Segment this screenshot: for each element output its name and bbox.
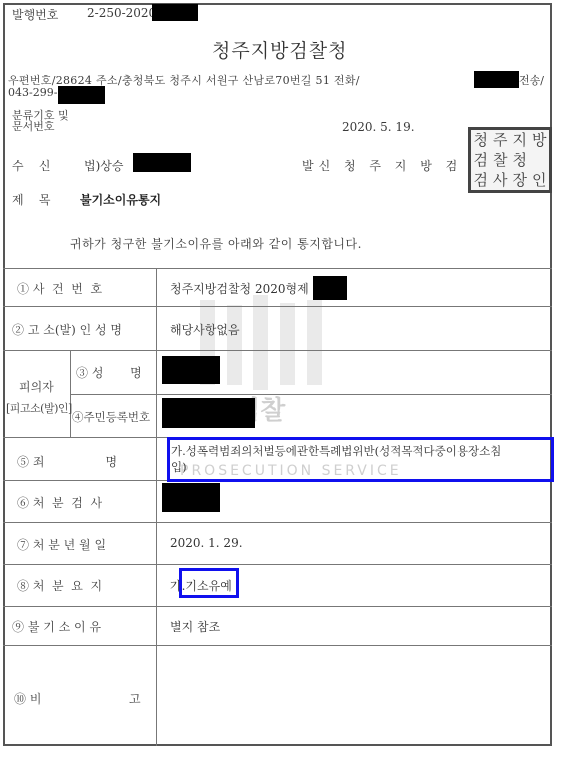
label-nonprosecution-reason: ⑨ 불 기 소 이 유 (12, 618, 101, 635)
row-divider (3, 564, 552, 565)
agency-title: 청주지방검찰청 (212, 36, 347, 63)
sender: 발신 청 주 지 방 검 찰 (302, 157, 488, 174)
issue-number-label: 발행번호 (12, 6, 58, 23)
redaction-resident-number (162, 398, 255, 428)
seal-char (530, 150, 550, 170)
label-disposition-summary: ⑧ 처 분 요 지 (17, 577, 102, 594)
document-date: 2020. 5. 19. (342, 120, 415, 134)
label-suspect-group-sub: [피고소(발)인] (6, 400, 72, 416)
subject-label: 제 목 (12, 191, 50, 208)
official-seal: 청 주 지 방 검 찰 청 검 사 장 인 (468, 127, 552, 193)
recipient-label: 수 신 (12, 157, 50, 174)
label-resident-number: ④주민등록번호 (72, 409, 150, 425)
row-divider (70, 394, 552, 395)
row-divider (3, 645, 552, 646)
redaction-case-number (313, 276, 347, 300)
redaction-fax (58, 86, 105, 104)
classification-label: 분류기호 및 문서번호 (12, 110, 69, 132)
seal-char: 검 (471, 170, 491, 190)
table-top-border (3, 268, 552, 269)
seal-char: 지 (510, 130, 530, 150)
classification-label-line2: 문서번호 (12, 120, 55, 133)
value-complainant-name: 해당사항없음 (170, 321, 240, 338)
redaction-recipient (133, 153, 191, 172)
row-divider (3, 522, 552, 523)
intro-text: 귀하가 청구한 불기소이유를 아래와 같이 통지합니다. (70, 235, 362, 252)
seal-char: 청 (471, 130, 491, 150)
redaction-prosecutor (162, 483, 220, 512)
group-subcolumn-divider (70, 350, 71, 437)
seal-char: 주 (491, 130, 511, 150)
value-case-number: 청주지방검찰청 2020형제 (170, 280, 309, 297)
seal-char: 방 (530, 130, 550, 150)
charge-highlight-box (167, 437, 554, 482)
disposition-highlight-box (179, 568, 239, 598)
label-disposition-date: ⑦ 처 분 년 월 일 (17, 536, 106, 553)
label-charge: ⑤ 죄 명 (17, 453, 117, 470)
label-remarks-right: 고 (129, 690, 141, 707)
seal-char: 찰 (491, 150, 511, 170)
row-divider (3, 606, 552, 607)
label-remarks-left: ⑩ 비 (14, 690, 41, 707)
seal-char: 장 (510, 170, 530, 190)
seal-char: 사 (491, 170, 511, 190)
redaction-suspect-name (162, 356, 220, 384)
fax-label: 전송/ (519, 72, 544, 88)
recipient-value: 법)상승 (84, 157, 123, 174)
label-complainant-name: ② 고 소(발) 인 성 명 (12, 321, 122, 338)
label-case-number: ① 사 건 번 호 (17, 280, 102, 297)
seal-char: 인 (530, 170, 550, 190)
redaction-issue-number (152, 4, 198, 21)
label-suspect-group: 피의자 (19, 378, 54, 395)
value-disposition-date: 2020. 1. 29. (170, 536, 243, 550)
label-suspect-name: ③ 성 명 (76, 364, 142, 381)
redaction-phone (474, 71, 519, 88)
seal-char: 청 (510, 150, 530, 170)
row-divider (3, 306, 552, 307)
value-nonprosecution-reason: 별지 참조 (170, 618, 220, 635)
seal-char: 검 (471, 150, 491, 170)
subject-value: 불기소이유통지 (80, 191, 161, 208)
address-line-2: 043-299- (8, 86, 57, 99)
issue-number-value: 2-250-2020- (87, 6, 160, 20)
label-column-divider (156, 268, 157, 746)
label-prosecutor: ⑥ 처 분 검 사 (17, 494, 102, 511)
row-divider (3, 350, 552, 351)
